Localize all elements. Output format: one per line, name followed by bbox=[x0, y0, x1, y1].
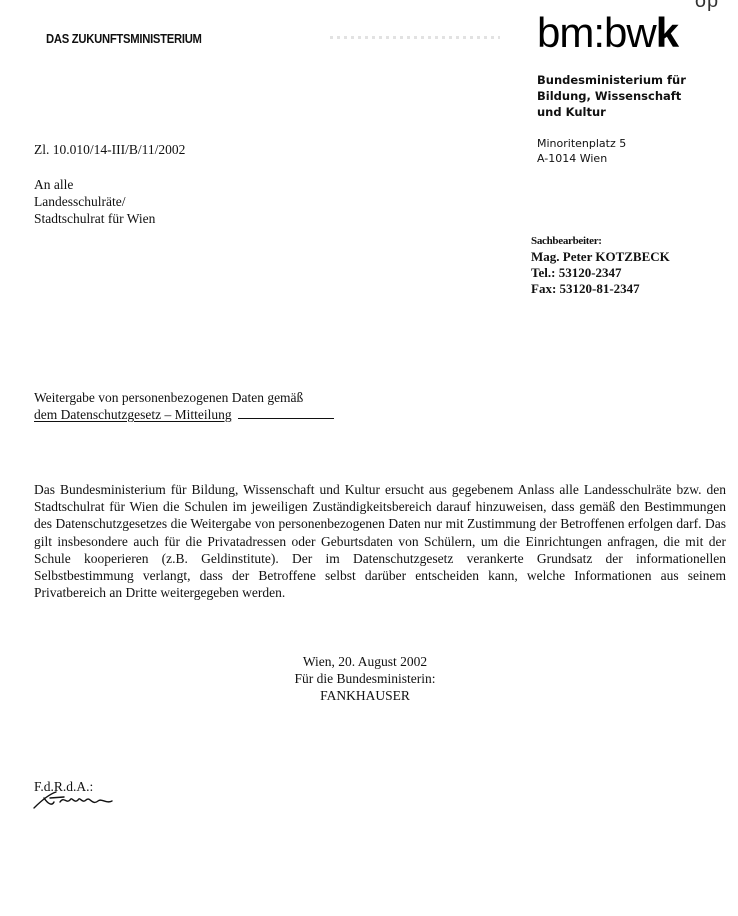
recipient-line: Stadtschulrat für Wien bbox=[34, 210, 155, 227]
org-name-line: und Kultur bbox=[537, 104, 686, 120]
handwritten-signature-icon bbox=[30, 784, 120, 814]
logo-text-bold: k bbox=[656, 9, 678, 56]
letter-body: Das Bundesministerium für Bildung, Wisse… bbox=[34, 481, 726, 601]
org-name-line: Bundesministerium für bbox=[537, 72, 686, 88]
subject-block: Weitergabe von personenbezogenen Daten g… bbox=[34, 389, 334, 423]
reference-number: Zl. 10.010/14-III/B/11/2002 bbox=[34, 142, 185, 158]
ministry-logo: bm:bwk bbox=[537, 12, 678, 54]
organization-address: Minoritenplatz 5 A-1014 Wien bbox=[537, 136, 626, 166]
logo-text: bm:bw bbox=[537, 9, 656, 56]
subject-line-1: Weitergabe von personenbezogenen Daten g… bbox=[34, 389, 334, 406]
contact-name: Mag. Peter KOTZBECK bbox=[531, 249, 670, 265]
address-city: A-1014 Wien bbox=[537, 151, 626, 166]
closing-block: Wien, 20. August 2002 Für die Bundesmini… bbox=[200, 653, 530, 704]
on-behalf-line: Für die Bundesministerin: bbox=[200, 670, 530, 687]
subject-line-2: dem Datenschutzgesetz – Mitteilung bbox=[34, 407, 232, 422]
contact-block: Sachbearbeiter: Mag. Peter KOTZBECK Tel.… bbox=[531, 233, 670, 297]
contact-label: Sachbearbeiter: bbox=[531, 233, 670, 249]
corner-mark: 'op bbox=[690, 0, 719, 13]
contact-phone: Tel.: 53120-2347 bbox=[531, 265, 670, 281]
org-name-line: Bildung, Wissenschaft bbox=[537, 88, 686, 104]
subject-line-2-wrap: dem Datenschutzgesetz – Mitteilung bbox=[34, 406, 334, 423]
recipient-block: An alle Landesschulräte/ Stadtschulrat f… bbox=[34, 176, 155, 227]
place-date: Wien, 20. August 2002 bbox=[200, 653, 530, 670]
organization-name: Bundesministerium für Bildung, Wissensch… bbox=[537, 72, 686, 120]
recipient-line: Landesschulräte/ bbox=[34, 193, 155, 210]
scan-artifact bbox=[330, 36, 500, 39]
subject-underline-rule bbox=[238, 408, 334, 419]
recipient-line: An alle bbox=[34, 176, 155, 193]
address-street: Minoritenplatz 5 bbox=[537, 136, 626, 151]
signatory-name: FANKHAUSER bbox=[200, 687, 530, 704]
contact-fax: Fax: 53120-81-2347 bbox=[531, 281, 670, 297]
ministry-tagline: DAS ZUKUNFTSMINISTERIUM bbox=[46, 32, 202, 46]
